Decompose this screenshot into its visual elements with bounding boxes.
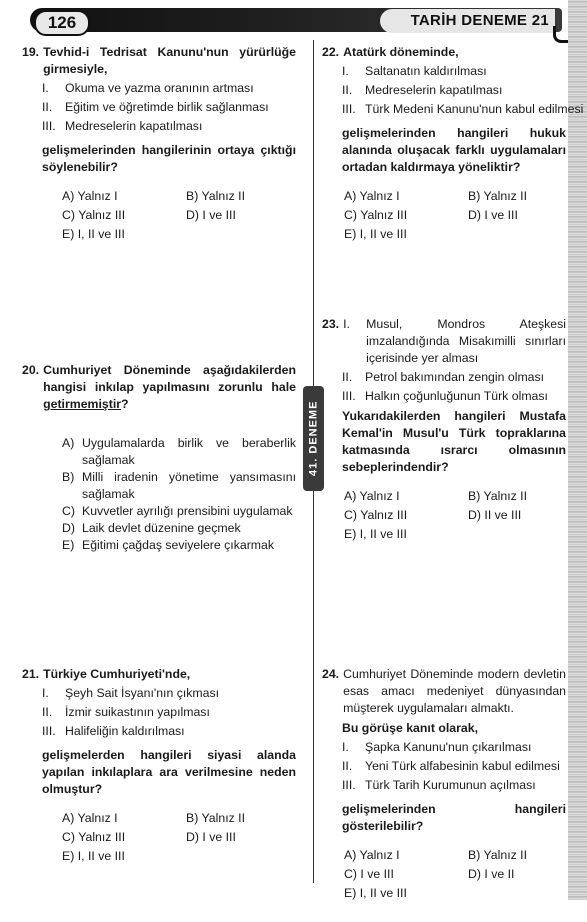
question-stem: Tevhid-i Tedrisat Kanunu'nun yürürlüğe g… — [43, 44, 296, 78]
option-b[interactable]: B)Milli iradenin yönetime yansımasını sa… — [62, 469, 296, 503]
option-d[interactable]: D) II ve III — [468, 507, 587, 524]
statement-item: III.Medreselerin kapatılması — [42, 117, 296, 136]
question-number: 24. — [322, 666, 339, 717]
test-title: TARİH DENEME 21 — [380, 9, 555, 33]
question-22: 22.Atatürk döneminde, I.Saltanatın kaldı… — [322, 44, 566, 243]
question-prompt: gelişmelerinden hangilerinin ortaya çıkt… — [42, 142, 296, 176]
option-e[interactable]: E) I, II ve III — [344, 526, 468, 543]
question-number: 19. — [22, 44, 39, 78]
side-tab-label: 41. DENEME — [303, 386, 324, 491]
statement-item: III.Halifeliğin kaldırılması — [42, 722, 296, 741]
statement-item: I.Şapka Kanunu'nun çıkarılması — [342, 738, 566, 757]
question-stem: Atatürk döneminde, — [343, 44, 458, 61]
statement-item: I.Saltanatın kaldırılması — [342, 62, 566, 81]
banner-curl-decoration — [553, 26, 568, 43]
question-number: 22. — [322, 44, 339, 61]
question-number: 20. — [22, 362, 39, 413]
question-prompt: gelişmelerden hangileri siyasi alanda ya… — [42, 747, 296, 798]
statement-item: II.Eğitim ve öğretimde birlik sağlanması — [42, 98, 296, 117]
question-stem: Cumhuriyet Döneminde modern devletin esa… — [343, 666, 566, 717]
question-20: 20.Cumhuriyet Döneminde aşağıdakilerden … — [22, 362, 296, 554]
option-a[interactable]: A) Yalnız I — [344, 188, 468, 205]
statement-item: III.Türk Medeni Kanunu'nun kabul edilmes… — [342, 100, 566, 119]
option-a[interactable]: A) Yalnız I — [344, 488, 468, 505]
option-b[interactable]: B) Yalnız II — [186, 188, 310, 205]
option-c[interactable]: C)Kuvvetler ayrılığı prensibini uygulama… — [62, 503, 296, 520]
option-c[interactable]: C) I ve III — [344, 866, 468, 883]
option-d[interactable]: D) I ve II — [468, 866, 587, 883]
option-c[interactable]: C) Yalnız III — [62, 207, 186, 224]
option-d[interactable]: D)Laik devlet düzenine geçmek — [62, 520, 296, 537]
question-prompt: gelişmelerinden hangileri hukuk alanında… — [342, 125, 566, 176]
statement-item: III.Halkın çoğunluğunun Türk olması — [342, 387, 566, 406]
statement-item: II.İzmir suikastının yapılması — [42, 703, 296, 722]
option-a[interactable]: A)Uygulamalarda birlik ve beraberlik sağ… — [62, 435, 296, 469]
option-e[interactable]: E) I, II ve III — [62, 848, 186, 865]
question-prompt: gelişmelerinden hangileri gösterilebilir… — [342, 801, 566, 835]
statement-item: I.Okuma ve yazma oranının artması — [42, 79, 296, 98]
statement-item: I.Şeyh Sait İsyanı'nın çıkması — [42, 684, 296, 703]
question-stem: Türkiye Cumhuriyeti'nde, — [43, 666, 190, 683]
question-subprompt: Bu görüşe kanıt olarak, — [342, 720, 566, 737]
statement-item: I.Musul, Mondros Ateşkesi imzalandığında… — [343, 316, 566, 367]
page-number: 126 — [34, 10, 90, 36]
question-prompt: Yukarıdakilerden hangileri Mustafa Kemal… — [342, 408, 566, 476]
option-e[interactable]: E) I, II ve III — [344, 226, 468, 243]
question-24: 24.Cumhuriyet Döneminde modern devletin … — [322, 666, 566, 902]
statement-item: II.Petrol bakımından zengin olması — [342, 368, 566, 387]
option-b[interactable]: B) Yalnız II — [468, 847, 587, 864]
option-c[interactable]: C) Yalnız III — [344, 207, 468, 224]
option-a[interactable]: A) Yalnız I — [344, 847, 468, 864]
question-number: 23. — [322, 316, 339, 367]
option-d[interactable]: D) I ve III — [186, 207, 310, 224]
option-c[interactable]: C) Yalnız III — [62, 829, 186, 846]
scanned-page-edge — [568, 0, 587, 900]
statement-item: II.Yeni Türk alfabesinin kabul edilmesi — [342, 757, 566, 776]
option-b[interactable]: B) Yalnız II — [468, 488, 587, 505]
option-b[interactable]: B) Yalnız II — [468, 188, 587, 205]
negation-emphasis: getirmemiştir — [43, 397, 121, 411]
statement-item: II.Medreselerin kapatılması — [342, 81, 566, 100]
option-a[interactable]: A) Yalnız I — [62, 810, 186, 827]
option-a[interactable]: A) Yalnız I — [62, 188, 186, 205]
option-c[interactable]: C) Yalnız III — [344, 507, 468, 524]
option-e[interactable]: E) I, II ve III — [62, 226, 186, 243]
option-d[interactable]: D) I ve III — [468, 207, 587, 224]
option-b[interactable]: B) Yalnız II — [186, 810, 310, 827]
option-e[interactable]: E)Eğitimi çağdaş seviyelere çıkarmak — [62, 537, 296, 554]
question-21: 21.Türkiye Cumhuriyeti'nde, I.Şeyh Sait … — [22, 666, 296, 865]
option-d[interactable]: D) I ve III — [186, 829, 310, 846]
question-stem: Cumhuriyet Döneminde aşağıdakilerden han… — [43, 362, 296, 413]
question-23: 23. I.Musul, Mondros Ateşkesi imzalandığ… — [322, 316, 566, 543]
statement-item: III.Türk Tarih Kurumunun açılması — [342, 776, 566, 795]
option-e[interactable]: E) I, II ve III — [344, 885, 468, 902]
question-19: 19.Tevhid-i Tedrisat Kanunu'nun yürürlüğ… — [22, 44, 296, 243]
question-number: 21. — [22, 666, 39, 683]
